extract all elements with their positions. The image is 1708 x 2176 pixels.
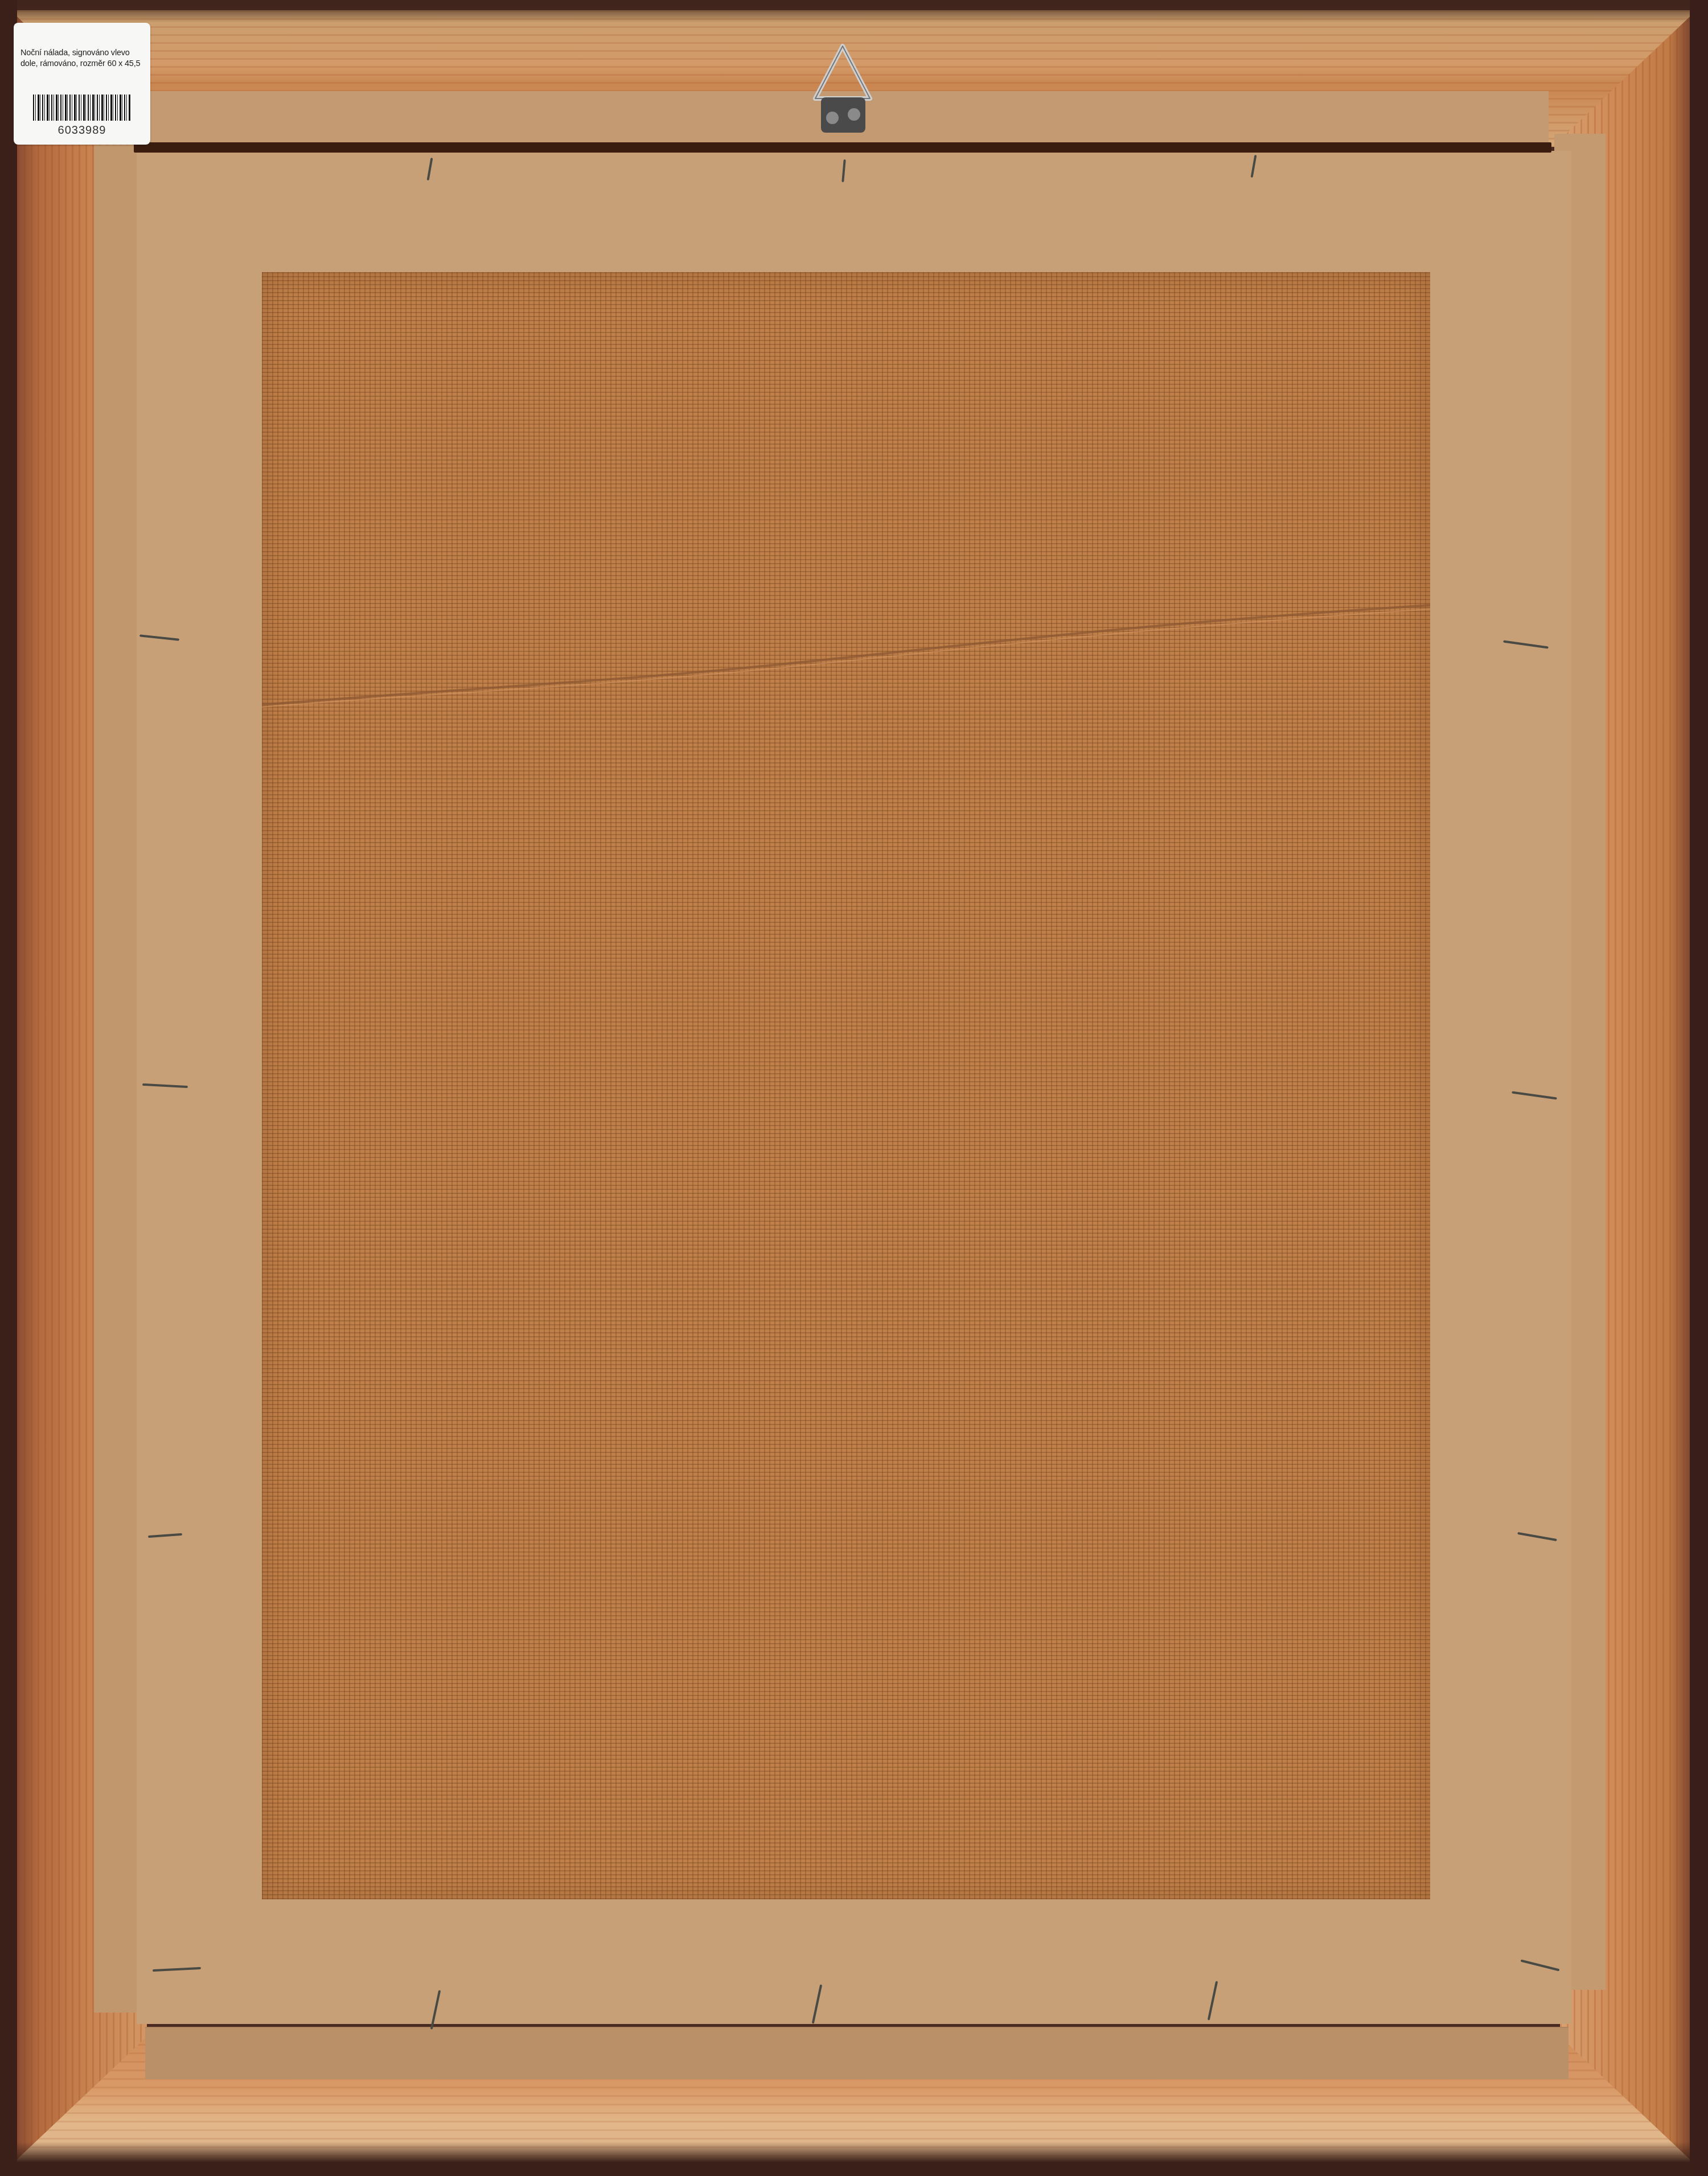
frame-stain-top (0, 0, 1708, 23)
label-description: Noční nálada, signováno vlevo dole, rámo… (20, 48, 147, 69)
kraft-bottom-strip (145, 2027, 1569, 2079)
barcode-icon (33, 95, 131, 121)
inventory-label: Noční nálada, signováno vlevo dole, rámo… (14, 23, 150, 145)
frame-gap-slot (134, 142, 1551, 153)
label-description-line1: Noční nálada, signováno vlevo (20, 48, 147, 59)
frame-stain-right (1690, 0, 1708, 2176)
hardboard-panel (262, 272, 1430, 1899)
crack-line (262, 272, 1430, 1899)
triangle-hanger-icon (808, 43, 877, 134)
barcode-number: 6033989 (14, 124, 150, 137)
frame-stain-left (0, 0, 17, 2176)
frame-stain-bottom (0, 2142, 1708, 2176)
label-description-line2: dole, rámováno, rozměr 60 x 45,5 (20, 59, 147, 69)
